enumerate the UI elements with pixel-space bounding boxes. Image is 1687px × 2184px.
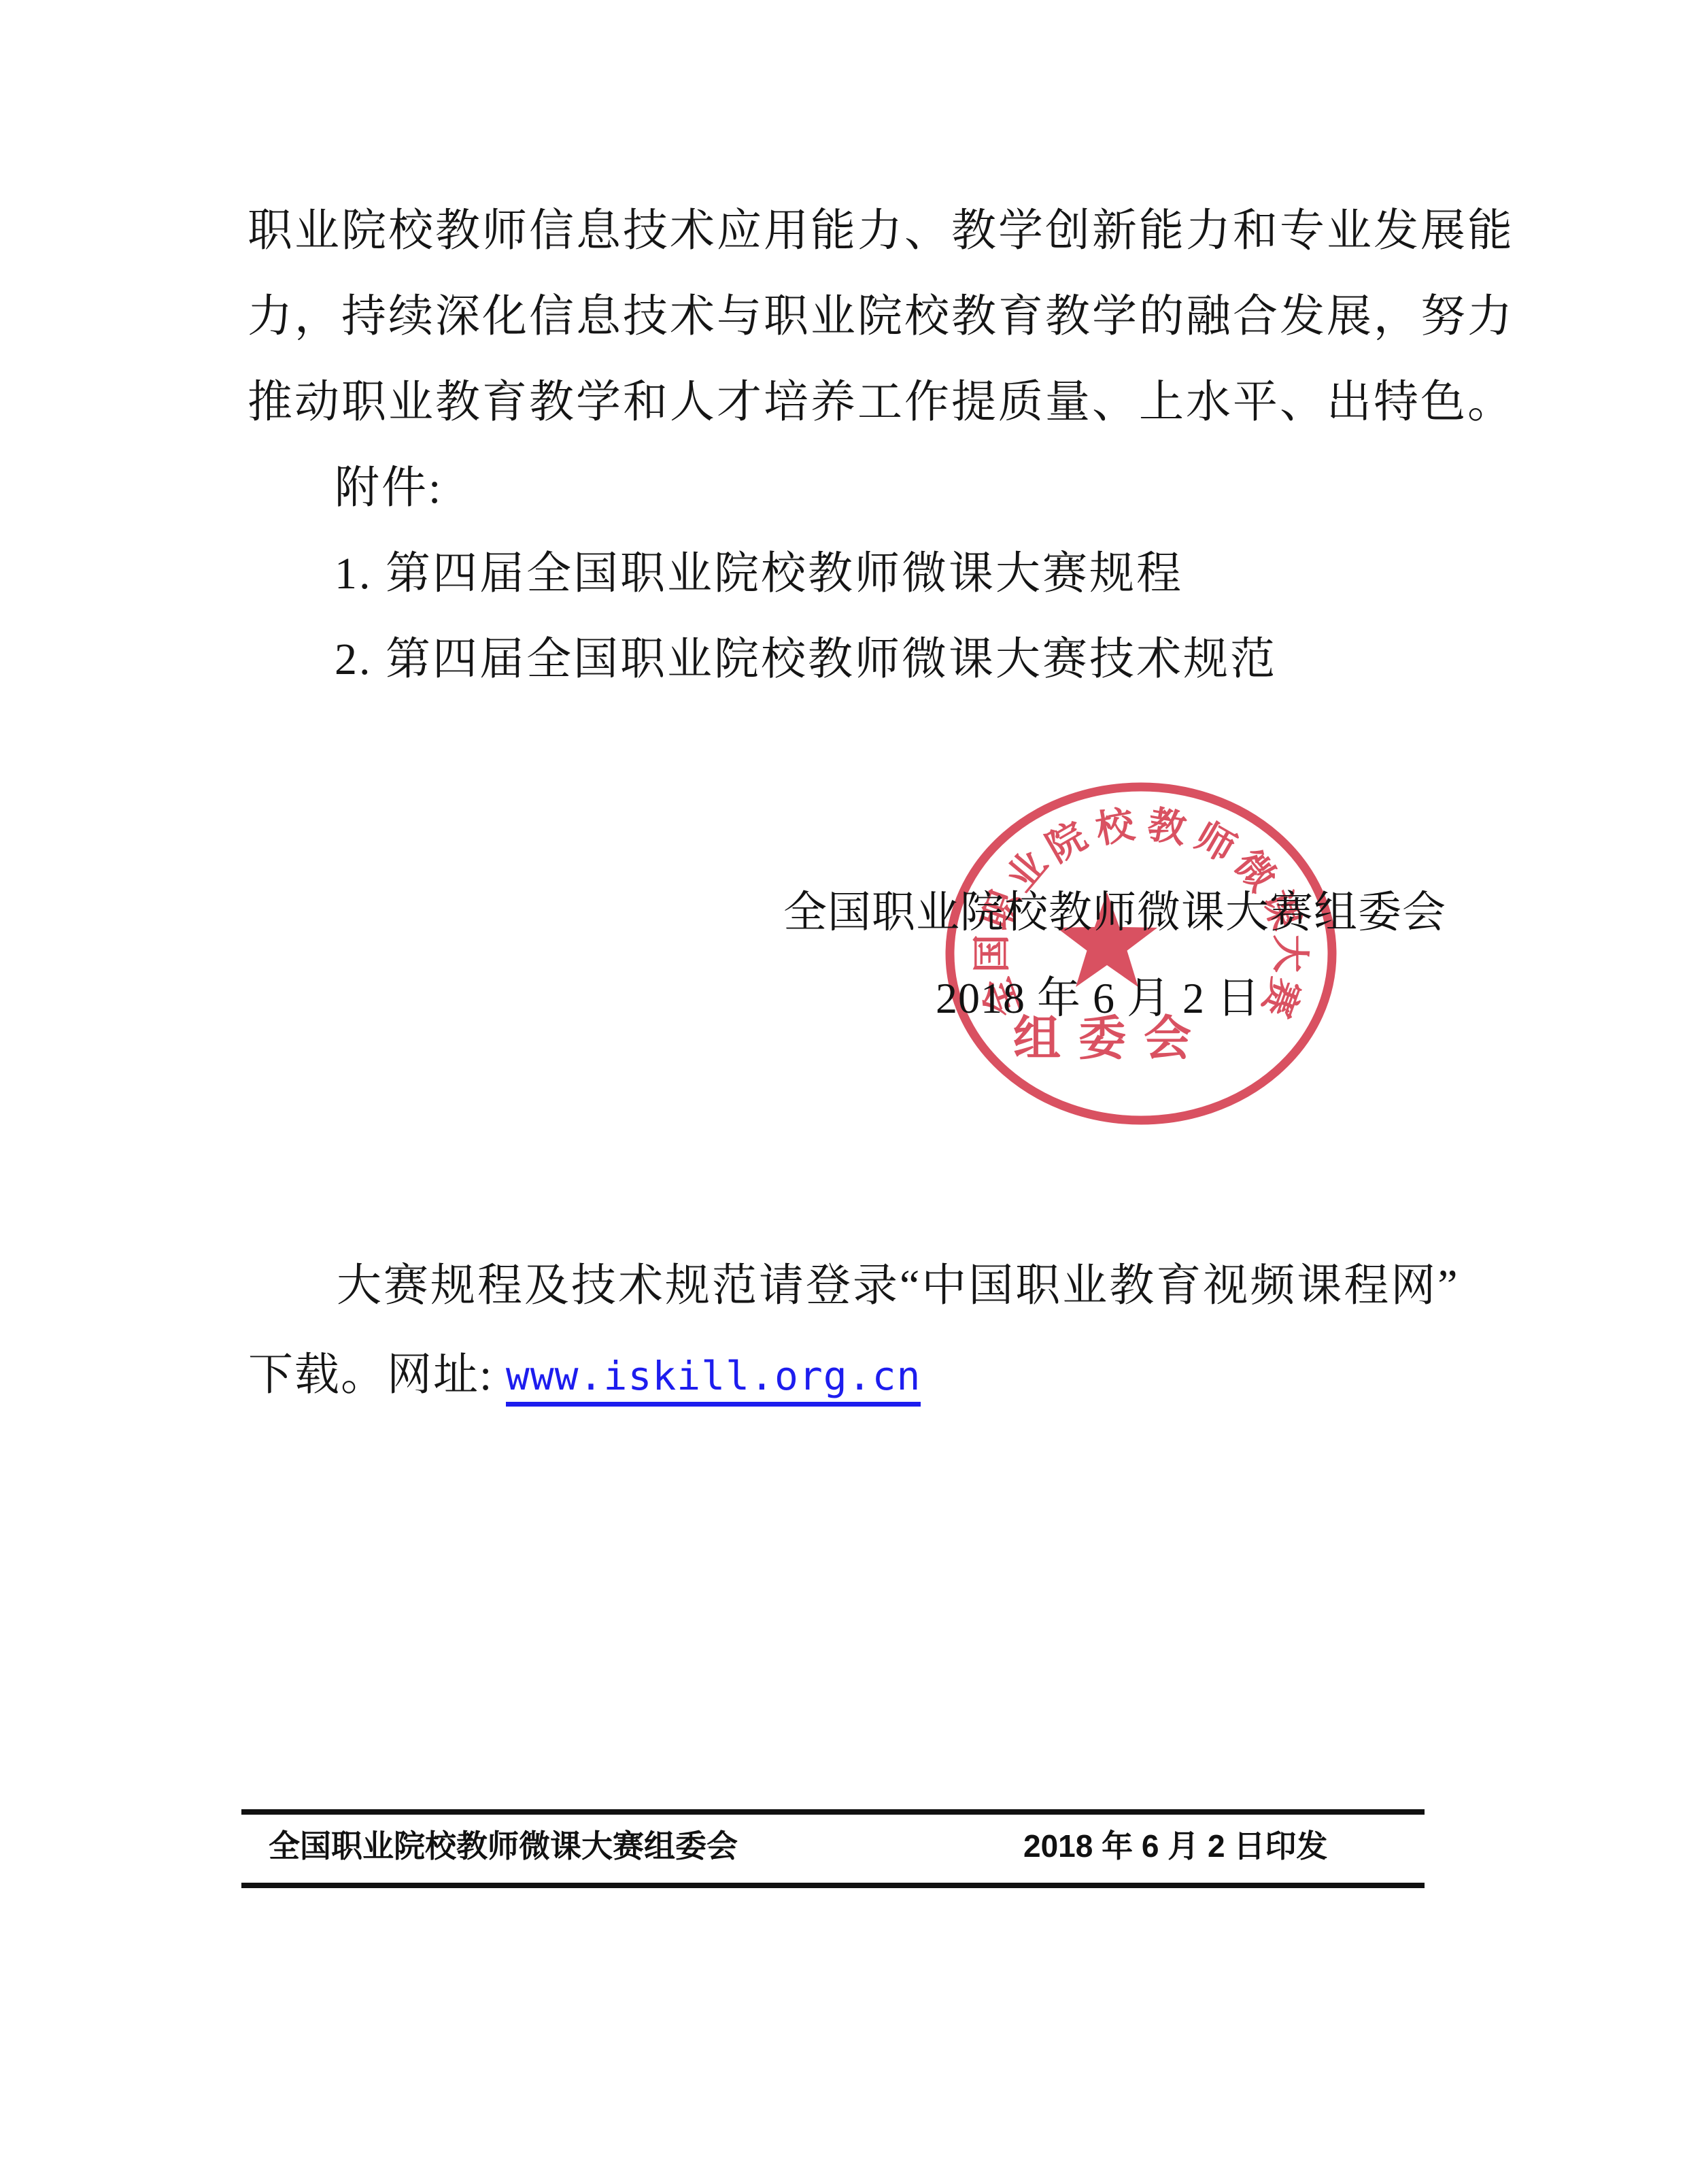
note-line-2: 下载。网址: www.iskill.org.cn [248, 1348, 921, 1403]
svg-text:大: 大 [1268, 935, 1310, 973]
attachment-item-1: 1. 第四届全国职业院校教师微课大赛规程 [335, 547, 1183, 601]
attachment-item-2: 2. 第四届全国职业院校教师微课大赛技术规范 [335, 633, 1277, 687]
svg-text:校: 校 [1093, 803, 1139, 852]
note-line-1: 大赛规程及技术规范请登录“中国职业教育视频课程网” [337, 1259, 1460, 1313]
body-line-3: 推动职业教育教学和人才培养工作提质量、上水平、出特色。 [248, 375, 1514, 430]
svg-text:教: 教 [1144, 804, 1190, 852]
attachments-label: 附件: [335, 461, 443, 516]
note-line-2-prefix: 下载。网址: [248, 1350, 506, 1400]
signature-date: 2018 年 6 月 2 日 [936, 971, 1261, 1026]
svg-text:院: 院 [1040, 815, 1093, 871]
footer-top-rule [241, 1809, 1425, 1815]
svg-text:赛: 赛 [1254, 972, 1306, 1022]
footer-print-date: 2018 年 6 月 2 日印发 [1023, 1826, 1327, 1866]
signature-org: 全国职业院校教师微课大赛组委会 [783, 886, 1446, 940]
footer-bottom-rule [241, 1883, 1425, 1888]
official-seal: 全 国 职 业 院 校 教 师 微 课 大 赛 组委会 [942, 782, 1340, 1126]
svg-text:国: 国 [972, 935, 1014, 973]
body-line-2: 力，持续深化信息技术与职业院校教育教学的融合发展，努力 [248, 290, 1514, 344]
document-page: 职业院校教师信息技术应用能力、教学创新能力和专业发展能 力，持续深化信息技术与职… [0, 0, 1687, 2184]
body-line-1: 职业院校教师信息技术应用能力、教学创新能力和专业发展能 [248, 204, 1514, 258]
download-url-link[interactable]: www.iskill.org.cn [506, 1353, 921, 1407]
footer-org: 全国职业院校教师微课大赛组委会 [269, 1826, 738, 1866]
svg-text:师: 师 [1188, 815, 1242, 871]
